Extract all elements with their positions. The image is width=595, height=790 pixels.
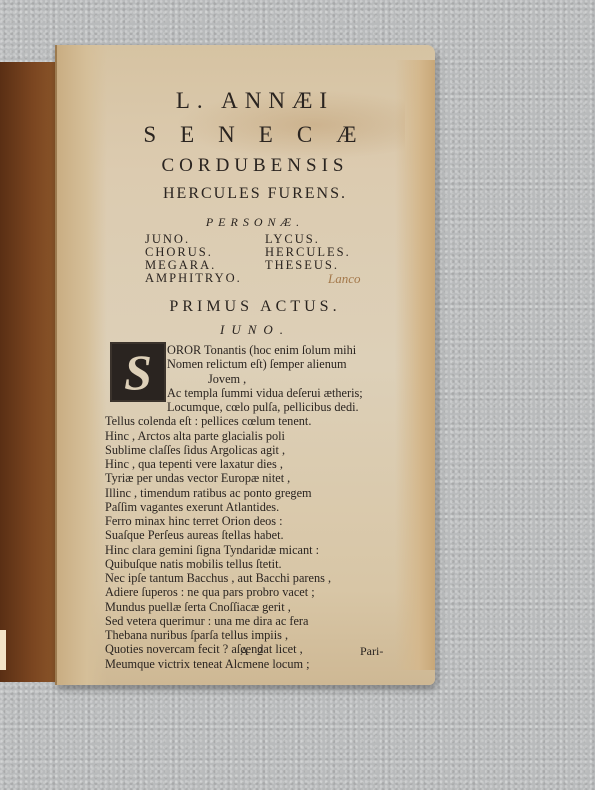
verse-line: Locumque, cœlo pulſa, pellicibus dedi. [105,400,405,414]
verse-line: Tellus colenda eſt : pellices cœlum tene… [105,414,405,428]
verse-line: Hinc , qua tepenti vere laxatur dies , [105,457,405,471]
verse-line: Suaſque Perſeus aureas ſtellas habet. [105,528,405,542]
handwritten-note: Lanco [328,272,361,285]
title-author-line2: SENECÆ [100,122,410,148]
catchword: Pari- [360,644,383,659]
verse-line: Quibuſque natis mobilis tellus ſtetit. [105,557,405,571]
verse-line: Hinc , Arctos alta parte glacialis poli [105,429,405,443]
verse-line: Adiere ſuperos : ne qua pars probro vace… [105,585,405,599]
verse-line: Tyriæ per undas vector Europæ nitet , [105,471,405,485]
title-author-line3: CORDUBENSIS [100,155,410,177]
verse-line: Thebana nuribus ſparſa tellus impiis , [105,628,405,642]
title-author-line1: L. ANNÆI [100,88,410,114]
verse-line: Paſſim vagantes exerunt Atlantides. [105,500,405,514]
verse-line: OROR Tonantis (hoc enim ſolum mihi [105,343,405,357]
verse-line: Ac templa ſummi vidua deſerui ætheris; [105,386,405,400]
personae-heading: PERSONÆ. [100,215,410,230]
verse-line: Sed vetera querimur : una me dira ac fer… [105,614,405,628]
persona: AMPHITRYO. [145,272,242,285]
act-heading: PRIMUS ACTUS. [100,298,410,316]
signature-mark: A 2 [240,644,266,659]
speaker-name: IUNO. [100,322,410,338]
verse-line: Ferro minax hinc terret Orion deos : [105,514,405,528]
verse-line: Hinc clara gemini ſigna Tyndaridæ micant… [105,543,405,557]
verse-line: Jovem , [105,372,405,386]
verse-line: Mundus puellæ ſerta Cnoſſiacæ gerit , [105,600,405,614]
personae-right-column: LYCUS. HERCULES. THESEUS. [265,233,351,272]
personae-left-column: JUNO. CHORUS. MEGARA. AMPHITRYO. [145,233,242,285]
verse-line: Sublime claſſes ſidus Argolicas agit , [105,443,405,457]
play-title: HERCULES FURENS. [100,185,410,203]
cover-label-strip [0,630,6,670]
verse-line: Nec ipſe tantum Bacchus , aut Bacchi par… [105,571,405,585]
verse-line: Illinc , timendum ratibus ac ponto grege… [105,486,405,500]
verse-text: OROR Tonantis (hoc enim ſolum mihi Nomen… [105,343,405,671]
verse-line: Nomen relictum eſt) ſemper alienum [105,357,405,371]
